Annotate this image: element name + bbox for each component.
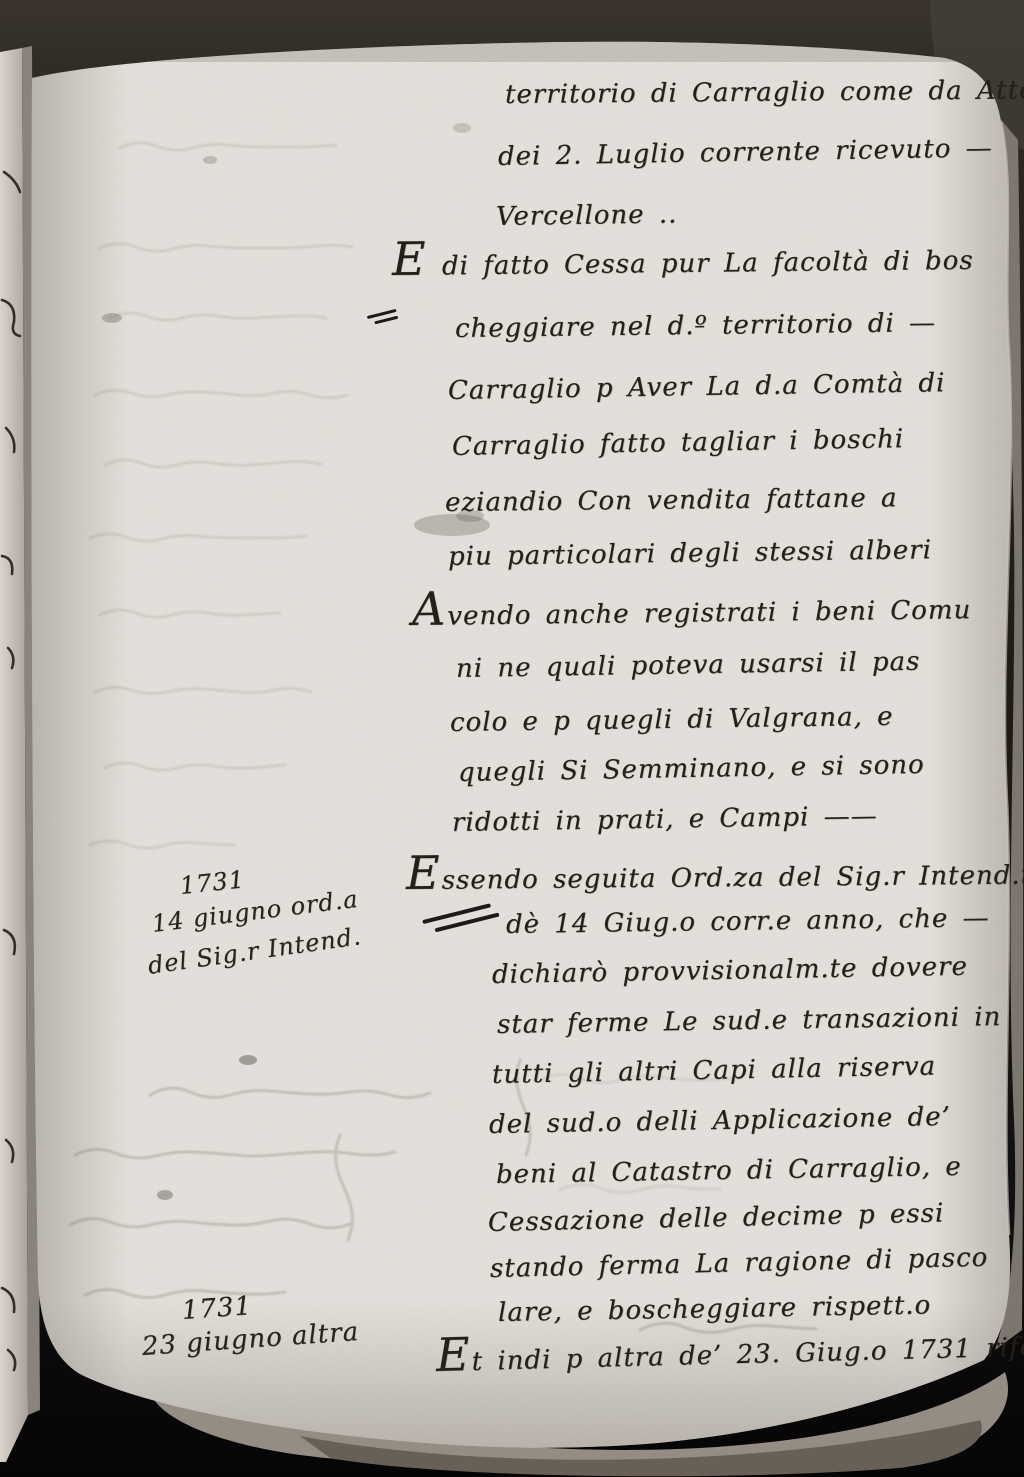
manuscript-line: territorio di Carraglio come da Attestat…	[505, 75, 1024, 110]
manuscript-photo: territorio di Carraglio come da Attestat…	[0, 0, 1024, 1477]
manuscript-line: star ferme Le sud.e transazioni in	[497, 1002, 1002, 1040]
manuscript-line: tutti gli altri Capi alla riserva	[492, 1051, 937, 1090]
manuscript-line: Carraglio fatto tagliar i boschi	[452, 424, 905, 462]
manuscript-line: stando ferma La ragione di pasco	[490, 1243, 989, 1284]
manuscript-line: Avendo anche registrati i beni Comu	[412, 587, 972, 632]
manuscript-line: dei 2. Luglio corrente ricevuto —	[498, 133, 993, 172]
double-dash-ink-mark-large	[422, 902, 499, 935]
manuscript-line: del sud.o delli Applicazione de’	[489, 1102, 951, 1140]
manuscript-line: beni al Catastro di Carraglio, e	[496, 1152, 962, 1190]
manuscript-line: Essendo seguita Ord.za del Sig.r Intend.…	[406, 852, 1024, 896]
manuscript-line: ridotti in prati, e Campi ——	[452, 801, 878, 838]
manuscript-line: Vercellone ..	[496, 199, 678, 232]
manuscript-line: Cessazione delle decime p essi	[488, 1198, 945, 1238]
manuscript-line: Carraglio p Aver La d.a Comtà di	[448, 368, 946, 406]
manuscript-line: dè 14 Giug.o corr.e anno, che —	[506, 903, 990, 940]
manuscript-line: ni ne quali poteva usarsi il pas	[456, 647, 921, 684]
margin-note-year: 1731	[179, 865, 247, 900]
manuscript-line: eziandio Con vendita fattane a	[445, 483, 898, 518]
manuscript-text-layer: territorio di Carraglio come da Attestat…	[0, 0, 1024, 1477]
margin-note-year: 1731	[181, 1291, 253, 1326]
manuscript-line: Et indi p altra de’ 23. Giug.o 1731 rife…	[436, 1323, 1024, 1378]
manuscript-line: E di fatto Cessa pur La facoltà di bos	[392, 238, 974, 282]
manuscript-line: dichiarò provvisionalm.te dovere	[492, 952, 968, 990]
manuscript-line: piu particolari degli stessi alberi	[448, 535, 932, 572]
manuscript-line: lare, e boscheggiare rispett.o	[498, 1290, 932, 1328]
margin-note-line: 23 giugno altra	[141, 1317, 360, 1362]
double-dash-ink-mark-small	[367, 309, 399, 326]
manuscript-line: cheggiare nel d.º territorio di —	[455, 308, 936, 344]
manuscript-line: colo e p quegli di Valgrana, e	[450, 702, 894, 738]
manuscript-line: quegli Si Semminano, e si sono	[458, 750, 925, 788]
